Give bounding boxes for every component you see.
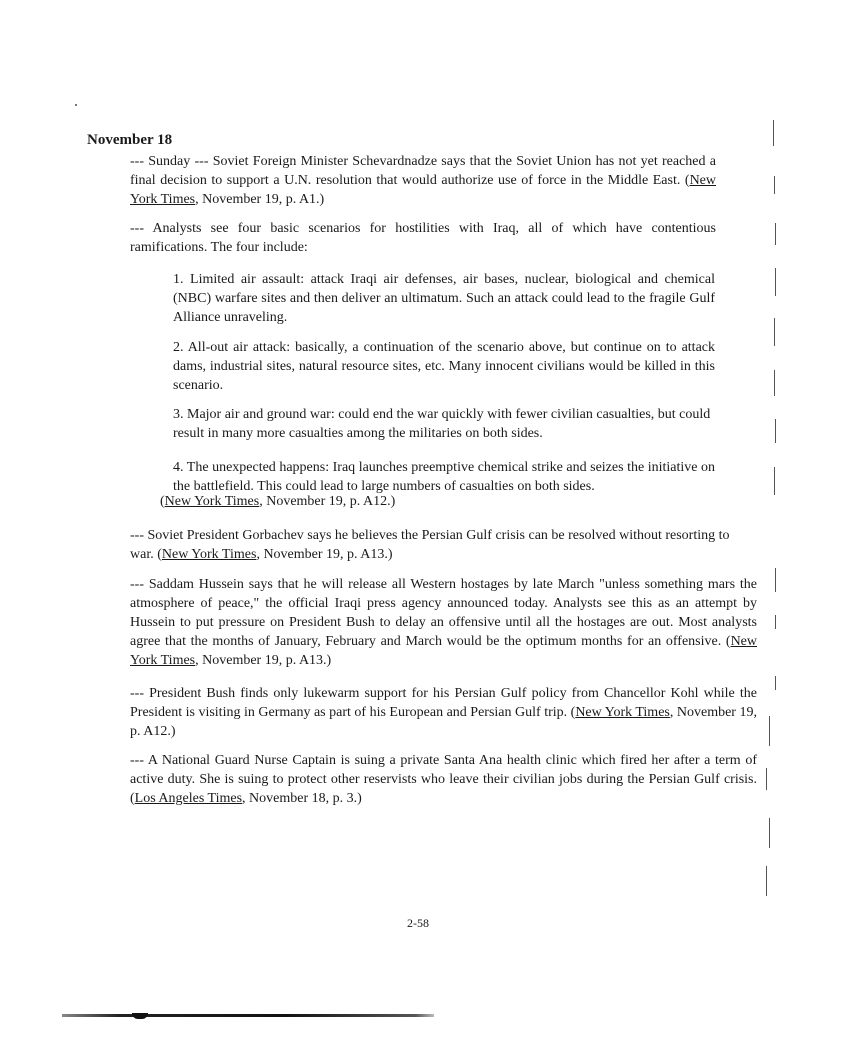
scenario-4: 4. The unexpected happens: Iraq launches… xyxy=(173,458,715,496)
entry-gorbachev: --- Soviet President Gorbachev says he b… xyxy=(130,526,756,564)
date-heading: November 18 xyxy=(87,132,172,149)
margin-mark xyxy=(774,176,775,194)
entry-analysts-intro: --- Analysts see four basic scenarios fo… xyxy=(130,219,716,257)
scenario-3: 3. Major air and ground war: could end t… xyxy=(173,405,715,443)
scenario-2: 2. All-out air attack: basically, a cont… xyxy=(173,338,715,395)
margin-mark xyxy=(775,676,776,690)
source-link: New York Times xyxy=(165,494,260,509)
margin-mark xyxy=(774,467,775,495)
page-number: 2-58 xyxy=(407,916,429,931)
margin-mark xyxy=(775,568,776,592)
entry-hussein: --- Saddam Hussein says that he will rel… xyxy=(130,575,757,670)
entry-schevardnadze: --- Sunday --- Soviet Foreign Minister S… xyxy=(130,152,716,209)
source-link: New York Times xyxy=(162,547,257,562)
margin-mark xyxy=(774,318,775,346)
margin-mark xyxy=(766,866,767,896)
scan-edge-line xyxy=(62,1014,434,1017)
margin-mark xyxy=(769,716,770,746)
margin-mark xyxy=(775,268,776,296)
scan-speck xyxy=(75,104,77,106)
entry-nurse-captain: --- A National Guard Nurse Captain is su… xyxy=(130,751,757,808)
entry-bush-kohl: --- President Bush finds only lukewarm s… xyxy=(130,684,757,741)
margin-mark xyxy=(769,818,770,848)
scenario-1: 1. Limited air assault: attack Iraqi air… xyxy=(173,270,715,327)
margin-mark xyxy=(775,615,776,629)
margin-mark xyxy=(775,419,776,443)
scenarios-citation: (New York Times, November 19, p. A12.) xyxy=(160,492,720,511)
source-link: New York Times xyxy=(575,705,670,720)
margin-mark xyxy=(775,223,776,245)
margin-mark xyxy=(766,768,767,790)
margin-mark xyxy=(773,120,774,146)
source-link: Los Angeles Times xyxy=(135,791,242,806)
margin-mark xyxy=(774,370,775,396)
